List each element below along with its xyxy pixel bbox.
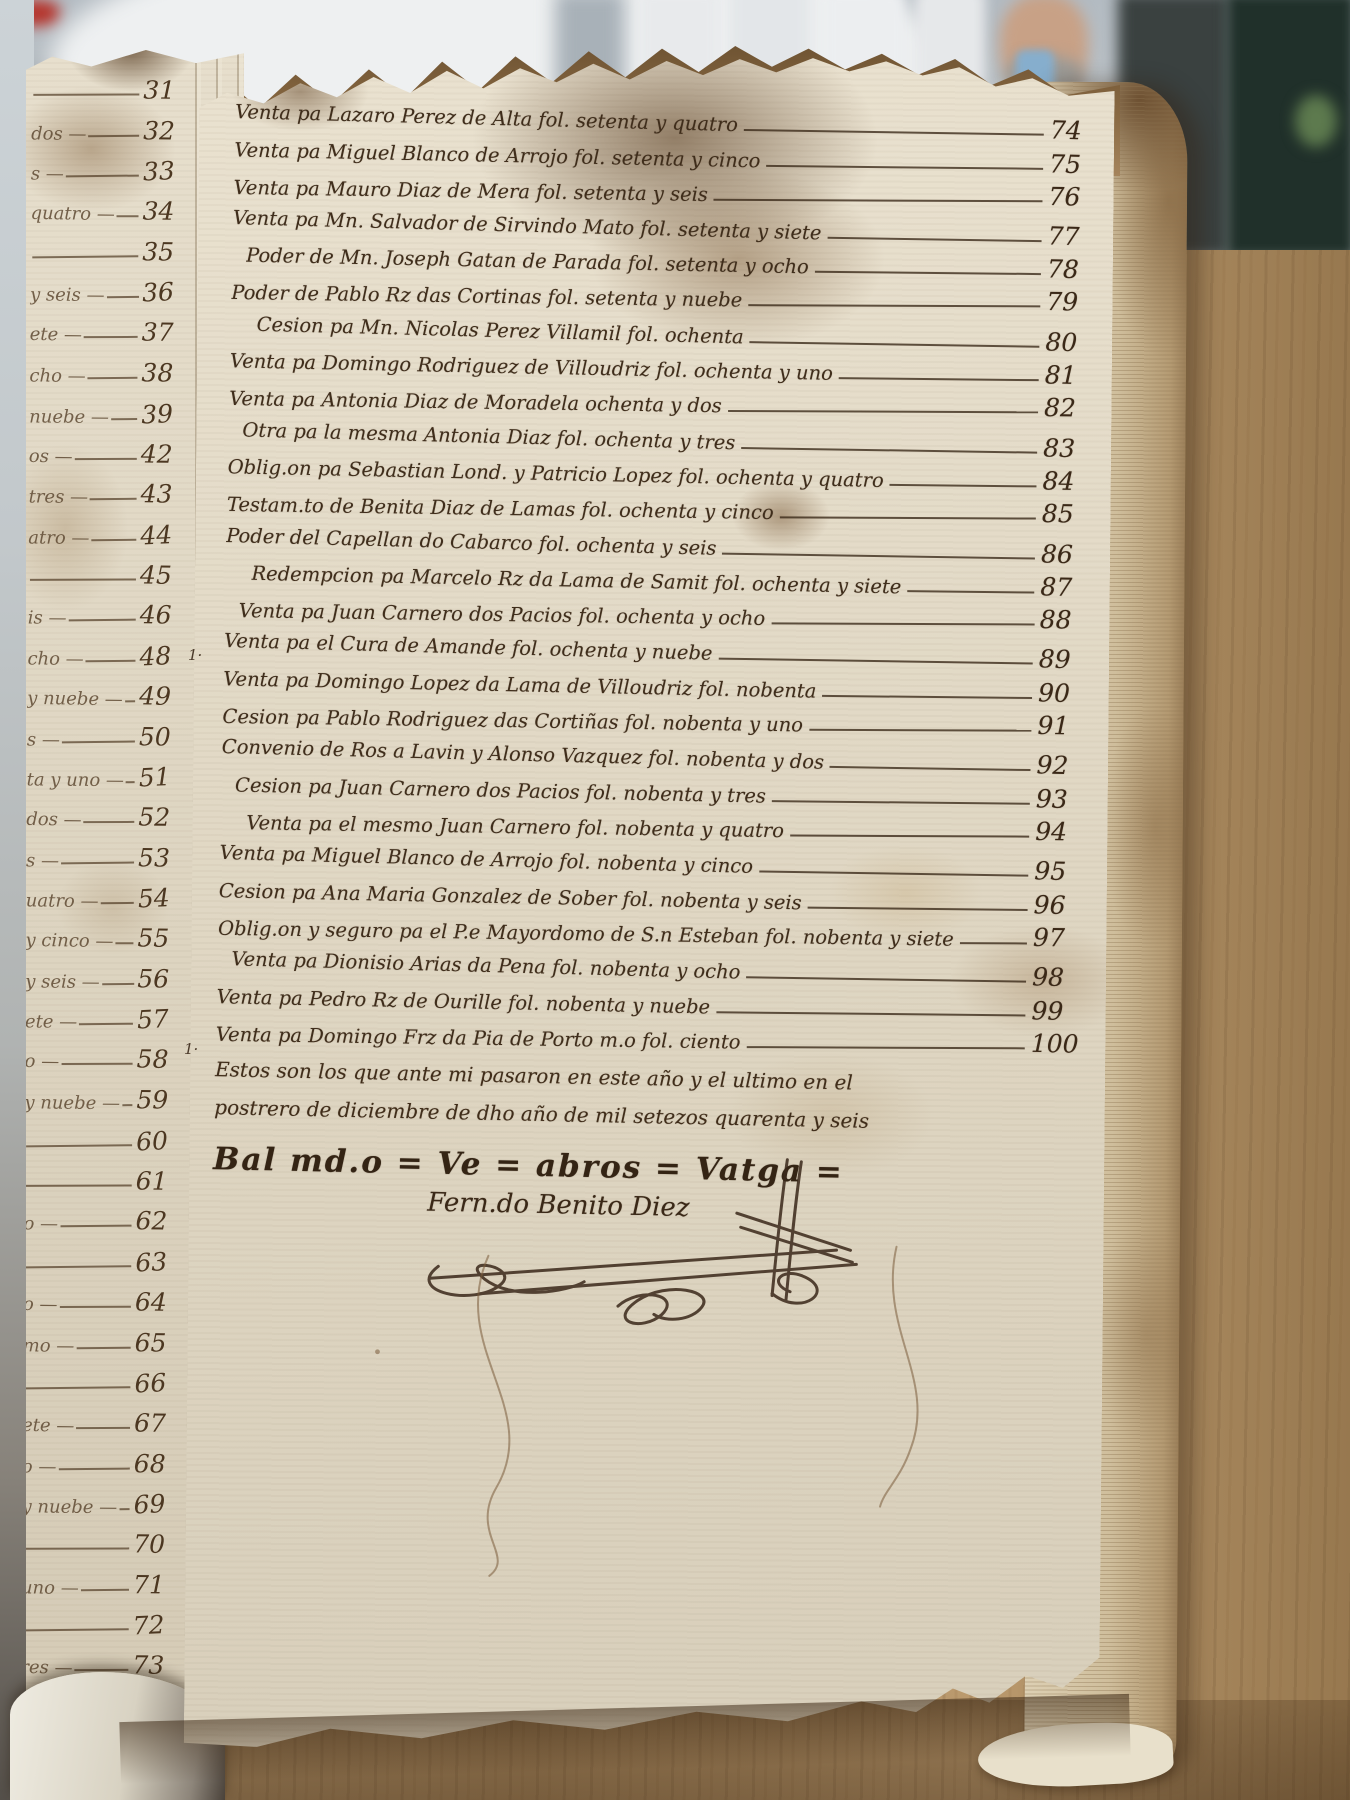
- entry-fragment: s —: [27, 729, 60, 750]
- margin-row: 60: [24, 1114, 186, 1156]
- entry-fragment: cho —: [27, 648, 83, 669]
- entry-fragment: atro —: [28, 527, 89, 548]
- entry-fragment: cho —: [29, 366, 85, 387]
- entry-fragment: ete —: [30, 325, 83, 347]
- margin-row: atro — 44: [28, 508, 190, 550]
- folio-number: 70: [133, 1530, 183, 1560]
- dash-leader: [66, 175, 139, 178]
- folio-number: 74: [1050, 116, 1099, 146]
- dash-leader: [122, 1104, 132, 1106]
- entry-fragment: ta y uno —: [27, 769, 124, 791]
- folio-number: 48: [139, 640, 190, 671]
- dash-leader: [102, 983, 134, 985]
- dash-leader: [60, 1225, 131, 1228]
- folio-number: 69: [133, 1488, 184, 1519]
- folio-number: 95: [1034, 857, 1083, 887]
- margin-row: o — 68: [22, 1437, 184, 1479]
- margin-row: y seis — 56: [25, 952, 187, 994]
- margin-number-rows: 31 dos — 32 s — 33 quatro — 34 35: [20, 63, 193, 1680]
- index-content: Venta pa Lazaro Perez de Alta fol. seten…: [212, 90, 1098, 1231]
- dash-leader: [59, 1306, 130, 1308]
- dash-leader: [62, 740, 135, 743]
- folio-number: 33: [142, 155, 193, 186]
- folio-number: 82: [1044, 394, 1092, 424]
- margin-row: dos — 32: [31, 104, 193, 146]
- dash-leader: [84, 821, 135, 823]
- folio-number: 90: [1038, 678, 1087, 708]
- entry-fragment: tres —: [29, 487, 89, 508]
- dash-leader: [111, 417, 137, 419]
- margin-row: y cinco — 55: [25, 911, 188, 954]
- folio-number: 38: [141, 358, 191, 387]
- entry-fragment: o —: [23, 1294, 58, 1315]
- dash-leader: [76, 1427, 130, 1429]
- folio-number: 83: [1043, 433, 1092, 463]
- folio-number: 53: [138, 843, 188, 872]
- folio-number: 56: [137, 964, 187, 993]
- margin-row: is — 46: [28, 589, 190, 631]
- folio-number: 49: [139, 682, 189, 712]
- plant-reflection: [1295, 95, 1337, 147]
- dash-leader: [23, 1628, 129, 1631]
- dash-leader: [960, 942, 1027, 944]
- dash-leader: [780, 517, 1036, 520]
- folio-number: 32: [143, 116, 193, 145]
- dash-leader: [68, 619, 135, 622]
- folio-number: 98: [1032, 963, 1081, 993]
- dash-leader: [741, 447, 1037, 454]
- entry-fragment: s —: [26, 850, 59, 871]
- folio-number: 63: [135, 1246, 186, 1277]
- folio-number: 64: [135, 1288, 185, 1318]
- folio-number: 45: [140, 561, 190, 591]
- margin-row: s — 50: [27, 710, 189, 752]
- entry-fragment: dos —: [26, 809, 82, 831]
- folio-number: 50: [139, 722, 189, 751]
- folio-number: 65: [135, 1328, 185, 1357]
- dash-leader: [746, 977, 1026, 983]
- dash-leader: [759, 871, 1028, 877]
- folio-number: 86: [1041, 539, 1090, 569]
- folio-number: 94: [1035, 817, 1083, 847]
- margin-row: ete — 57: [25, 992, 187, 1034]
- margin-row: o — 62: [23, 1194, 185, 1236]
- dash-leader: [714, 199, 1043, 202]
- dash-leader: [32, 255, 138, 258]
- entry-fragment: os —: [29, 446, 73, 468]
- dash-leader: [58, 1467, 129, 1470]
- entry-fragment: nuebe —: [29, 406, 109, 428]
- margin-row: uno — 71: [21, 1558, 183, 1600]
- folio-number: 62: [135, 1207, 185, 1236]
- folio-number: 66: [134, 1367, 185, 1398]
- entry-fragment: y cinco —: [25, 930, 113, 952]
- folio-number: 77: [1047, 222, 1096, 252]
- dash-leader: [830, 767, 1031, 772]
- folio-number: 88: [1039, 605, 1087, 635]
- margin-row: nuebe — 39: [29, 387, 191, 429]
- margin-row: s — 33: [31, 144, 193, 186]
- dash-leader: [26, 1184, 132, 1186]
- dash-leader: [815, 271, 1041, 275]
- dash-leader: [907, 590, 1034, 593]
- folio-number: 46: [140, 601, 190, 630]
- entry-fragment: y nuebe —: [21, 1496, 117, 1518]
- dash-leader: [75, 458, 137, 460]
- margin-row: y nuebe — 49: [27, 669, 190, 712]
- dash-leader: [24, 1386, 130, 1389]
- folio-number: 68: [134, 1449, 184, 1478]
- dash-leader: [61, 861, 134, 864]
- entry-fragment: y seis —: [25, 971, 100, 993]
- margin-row: 70: [21, 1517, 184, 1560]
- dash-leader: [84, 337, 138, 339]
- folio-number: 39: [141, 398, 192, 429]
- margin-row: 31: [31, 63, 194, 106]
- margin-row: 72: [21, 1598, 183, 1640]
- folio-number: 51: [138, 761, 189, 792]
- manuscript-photo: 31 dos — 32 s — 33 quatro — 34 35: [0, 0, 1350, 1800]
- folio-number: 76: [1048, 182, 1096, 212]
- dash-leader: [90, 498, 137, 500]
- folio-number: 71: [133, 1570, 183, 1599]
- folio-number: 100: [1031, 1029, 1079, 1059]
- folio-number: 60: [135, 1125, 186, 1156]
- folio-number: 75: [1049, 149, 1098, 179]
- entry-fragment: mo —: [23, 1335, 75, 1356]
- dash-leader: [822, 695, 1032, 699]
- folio-number: 96: [1033, 890, 1082, 920]
- margin-row: quatro — 34: [30, 184, 193, 227]
- entry-fragment: y seis —: [30, 285, 105, 307]
- dash-leader: [107, 296, 139, 298]
- folio-number: 92: [1036, 751, 1085, 781]
- dash-leader: [76, 1346, 130, 1349]
- dash-leader: [750, 341, 1040, 348]
- folio-number: 42: [141, 439, 191, 469]
- folio-number: 61: [136, 1166, 186, 1196]
- margin-row: cho — 48: [27, 629, 189, 671]
- margin-row: os — 42: [29, 426, 192, 469]
- margin-row: cho — 38: [29, 346, 191, 388]
- dash-leader: [61, 1064, 132, 1066]
- dash-leader: [772, 800, 1030, 805]
- entry-fragment: uno —: [21, 1577, 79, 1598]
- dash-leader: [33, 94, 139, 96]
- entry-fragment: uatro —: [26, 891, 99, 913]
- margin-row: ete — 67: [22, 1396, 185, 1439]
- folio-number: 36: [141, 277, 192, 308]
- dash-leader: [722, 552, 1035, 559]
- folio-number: 43: [141, 480, 191, 509]
- dash-leader: [91, 538, 136, 540]
- folio-number: 93: [1036, 784, 1085, 814]
- entry-fragment: dos —: [31, 123, 86, 144]
- dash-leader: [746, 1046, 1024, 1049]
- folio-number: 85: [1042, 500, 1090, 530]
- dash-leader: [88, 377, 138, 380]
- entry-fragment: quatro —: [30, 203, 115, 225]
- dash-leader: [26, 1144, 132, 1147]
- folio-number: 35: [142, 237, 192, 266]
- margin-row: y nuebe — 69: [21, 1477, 183, 1519]
- folio-number: 79: [1046, 288, 1094, 318]
- folio-number: 34: [142, 197, 192, 227]
- folio-number: 91: [1037, 711, 1085, 741]
- dash-leader: [117, 216, 139, 218]
- entry-fragment: o —: [24, 1052, 59, 1073]
- margin-tick-mark: 1·: [184, 1040, 198, 1058]
- margin-row: dos — 52: [26, 790, 189, 833]
- folio-number: 57: [136, 1004, 187, 1035]
- folio-number: 54: [137, 882, 188, 913]
- index-page: Venta pa Lazaro Perez de Alta fol. seten…: [184, 48, 1115, 1769]
- dash-leader: [728, 411, 1038, 414]
- margin-row: y nuebe — 59: [24, 1073, 186, 1115]
- folio-number: 55: [137, 924, 187, 954]
- dash-leader: [808, 906, 1028, 910]
- folio-number: 44: [140, 519, 191, 550]
- folio-number: 97: [1033, 923, 1081, 953]
- margin-row: uatro — 54: [26, 871, 188, 913]
- dash-leader: [718, 658, 1032, 665]
- dash-leader: [86, 660, 136, 663]
- entry-fragment: is —: [28, 608, 67, 629]
- dash-leader: [790, 835, 1029, 838]
- entry-fragment: o —: [22, 1456, 57, 1477]
- entry-fragment: y nuebe —: [27, 688, 123, 710]
- margin-row: mo — 65: [23, 1316, 185, 1358]
- folio-number: 87: [1040, 572, 1089, 602]
- margin-row: o — 64: [23, 1275, 186, 1318]
- folio-number: 89: [1038, 645, 1087, 675]
- folio-number: 67: [134, 1409, 184, 1439]
- dash-leader: [25, 1265, 131, 1268]
- notary-signature: Fern.do Benito Diez: [427, 1188, 1075, 1232]
- entry-fragment: ete —: [22, 1415, 75, 1437]
- margin-row: tres — 43: [29, 467, 191, 509]
- margin-row: ete — 37: [30, 305, 193, 348]
- dash-leader: [766, 165, 1043, 170]
- dash-leader: [839, 377, 1039, 381]
- margin-row: s — 53: [26, 831, 188, 873]
- folio-number: 37: [142, 318, 192, 348]
- dash-leader: [827, 237, 1041, 242]
- margin-row: o — 58: [24, 1032, 187, 1075]
- dash-leader: [119, 1508, 129, 1510]
- dash-leader: [890, 484, 1037, 488]
- dash-leader: [88, 135, 139, 138]
- folio-number: 31: [143, 76, 193, 106]
- dash-leader: [748, 305, 1040, 308]
- dash-leader: [125, 701, 135, 703]
- folio-number: 58: [136, 1045, 186, 1075]
- folio-number: 99: [1031, 996, 1080, 1026]
- dash-leader: [716, 1011, 1025, 1016]
- margin-row: ta y uno — 51: [27, 750, 189, 792]
- dash-leader: [23, 1548, 129, 1550]
- margin-row: 63: [23, 1235, 185, 1277]
- margin-row: 61: [24, 1153, 187, 1196]
- entry-fragment: ete —: [25, 1012, 77, 1033]
- margin-row: 35: [30, 225, 192, 267]
- folio-number: 52: [138, 803, 188, 833]
- folio-number: 72: [132, 1609, 183, 1640]
- entry-fragment: o —: [23, 1214, 58, 1235]
- dash-leader: [115, 943, 133, 945]
- dash-leader: [30, 579, 136, 581]
- margin-row: 45: [28, 548, 191, 591]
- margin-tick-mark: 1·: [188, 646, 202, 664]
- folio-number: 59: [136, 1085, 186, 1114]
- dash-leader: [101, 902, 134, 904]
- dash-leader: [744, 129, 1044, 136]
- dash-leader: [81, 1589, 129, 1592]
- dash-leader: [809, 729, 1031, 732]
- dash-leader: [771, 623, 1034, 626]
- entry-fragment: s —: [31, 164, 64, 185]
- folio-number: 80: [1045, 327, 1094, 357]
- margin-row: y seis — 36: [30, 265, 192, 307]
- entry-fragment: y nuebe —: [24, 1093, 120, 1115]
- dash-leader: [126, 781, 135, 783]
- margin-row: 66: [22, 1356, 184, 1398]
- dash-leader: [79, 1023, 133, 1026]
